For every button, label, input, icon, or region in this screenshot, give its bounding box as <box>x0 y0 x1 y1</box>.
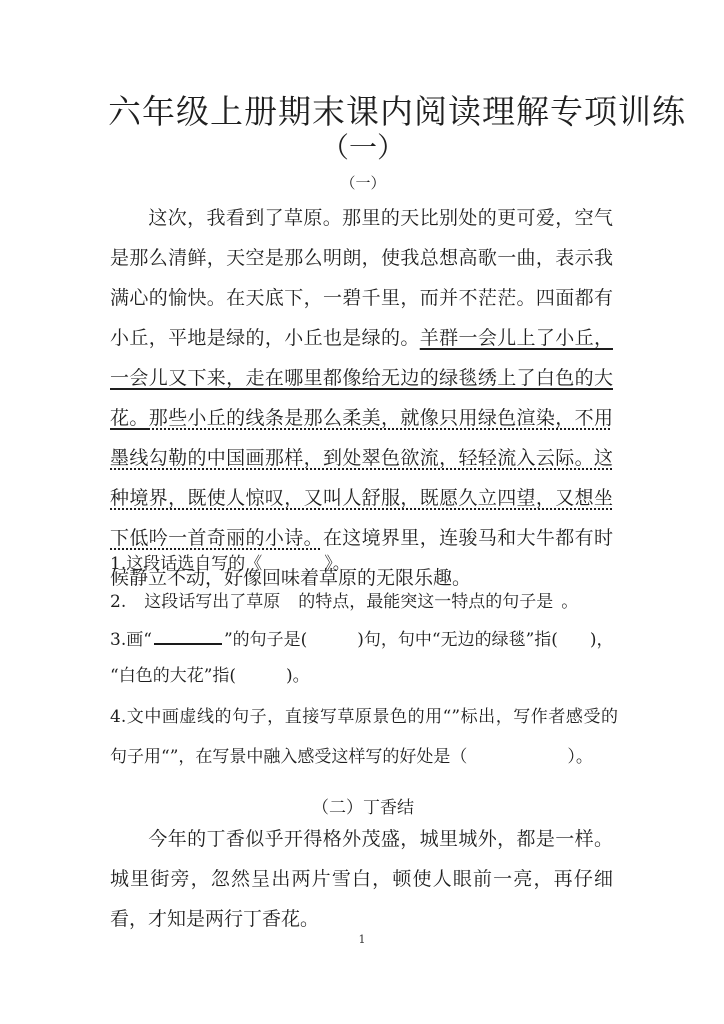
question-4: 4.文中画虚线的句子，直接写草原景色的用“”标出，写作者感受的句子用“”，在写景… <box>110 697 618 777</box>
section-1-passage: 这次，我看到了草原。那里的天比别处的更可爱，空气是那么清鲜，天空是那么明朗，使我… <box>110 198 613 598</box>
question-number: 2. <box>110 592 126 612</box>
question-1: 1.这段话选自写的《》。 <box>110 544 620 584</box>
question-text: 这段话选自写的《 <box>126 554 262 574</box>
question-text: ）。 <box>567 747 593 767</box>
question-3-continued: “白色的大花”指()。 <box>110 656 620 696</box>
question-text: 文中画虚线的句子，直接写草原景色的用“”标出，写作者感受的句子用“”，在写景中融… <box>110 707 618 767</box>
question-text: “白色的大花”指( <box>110 666 236 686</box>
question-text: 》。 <box>324 554 350 574</box>
question-2: 2.这段话写出了草原的特点，最能突这一特点的句子是。 <box>110 582 620 622</box>
question-text: )。 <box>286 666 310 686</box>
document-subtitle: （一） <box>108 126 618 166</box>
question-text: )， <box>590 630 614 650</box>
question-3: 3.画“”的句子是()句，句中“无边的绿毯”指()， <box>110 620 620 660</box>
question-text: 的特点，最能突这一特点的句子是 <box>298 592 553 612</box>
section-2-passage: 今年的丁香似乎开得格外茂盛，城里城外，都是一样。城里街旁，忽然呈出两片雪白，顿使… <box>110 819 613 939</box>
page-number: 1 <box>355 933 369 946</box>
question-number: 1. <box>110 554 126 574</box>
passage-text: 今年的丁香似乎开得格外茂盛，城里城外，都是一样。城里街旁，忽然呈出两片雪白，顿使… <box>110 828 613 930</box>
section-2-heading: （二）丁香结 <box>108 793 618 818</box>
section-1-heading: （一） <box>108 172 618 193</box>
question-text: ”的句子是( <box>224 630 307 650</box>
answer-underline-blank[interactable] <box>154 629 222 645</box>
question-number: 4. <box>110 707 126 727</box>
question-text: 这段话写出了草原 <box>144 592 280 612</box>
document-page: 六年级上册期末课内阅读理解专项训练 （一） （一） 这次，我看到了草原。那里的天… <box>0 0 724 1024</box>
question-text: 。 <box>561 592 578 612</box>
question-text: 画“ <box>126 630 152 650</box>
question-text: )句，句中“无边的绿毯”指( <box>357 630 558 650</box>
question-number: 3. <box>110 630 126 650</box>
